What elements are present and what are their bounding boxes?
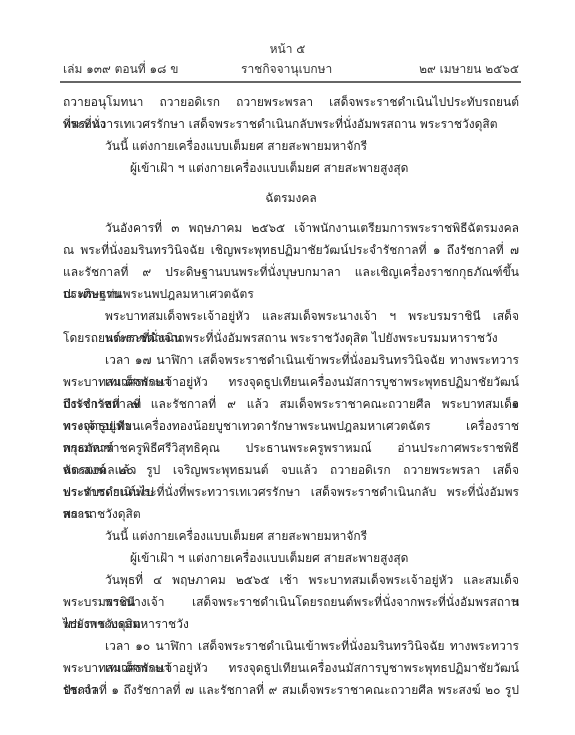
body-line: ทรงจุดธูปเทียนเครื่องทองน้อยบูชาเทวดารัก… [63,415,519,437]
body-line: พระบาทสมเด็จพระเจ้าอยู่หัว ทรงจุดธูปเทีย… [63,657,519,679]
body-line: โดยรถยนต์พระที่นั่งจากพระที่นั่งอัมพรสถา… [63,327,519,349]
publication-date: ๒๙ เมษายน ๒๕๖๕ [419,60,519,79]
attendee-dress-line: ผู้เข้าเฝ้า ฯ แต่งกายเครื่องแบบเต็มยศ สา… [63,547,519,569]
body-line: พระบาทสมเด็จพระเจ้าอยู่หัว และสมเด็จพระน… [63,305,519,327]
body-line: ถวายอนุโมทนา ถวายอดิเรก ถวายพระพรลา เสด็… [63,91,519,113]
section-heading: ฉัตรมงคล [63,187,519,209]
dress-code-line: วันนี้ แต่งกายเครื่องแบบเต็มยศ สายสะพายม… [63,135,519,157]
body-line: ณ พระแท่นพระนพปฎลมหาเศวตฉัตร [63,283,519,305]
body-line: ไปยังพระบรมมหาราชวัง [63,613,519,635]
body-line: ประทับรถยนต์พระที่นั่งที่พระทวารเทเวศรรั… [63,481,519,503]
gazette-page: หน้า ๕ เล่ม ๑๓๙ ตอนที่ ๑๘ ข ราชกิจจานุเบ… [0,0,575,735]
body-line: พระบาทสมเด็จพระเจ้าอยู่หัว ทรงจุดธูปเทีย… [63,371,519,393]
body-line: วันพุธที่ ๔ พฤษภาคม ๒๕๖๕ เช้า พระบาทสมเด… [63,569,519,591]
body-line: วันอังคารที่ ๓ พฤษภาคม ๒๕๖๕ เจ้าพนักงานเ… [63,217,519,239]
body-line: ณ พระที่นั่งอมรินทรวินิจฉัย เชิญพระพุทธป… [63,239,519,261]
publication-title: ราชกิจจานุเบกษา [241,60,332,79]
body-line: ถึงรัชกาลที่ ๗ และรัชกาลที่ ๙ แล้ว สมเด็… [63,393,519,415]
body-line: รัชกาลที่ ๑ ถึงรัชกาลที่ ๗ และรัชกาลที่ … [63,679,519,701]
body-line: พระมหาราชครูพิธีศรีวิสุทธิคุณ ประธานพระค… [63,437,519,459]
body-line: ที่พระทวารเทเวศรรักษา เสด็จพระราชดำเนินก… [63,113,519,135]
body-line: เวลา ๑๐ นาฬิกา เสด็จพระราชดำเนินเข้าพระท… [63,635,519,657]
header-rule [60,81,521,83]
body-line: เวลา ๑๗ นาฬิกา เสด็จพระราชดำเนินเข้าพระท… [63,349,519,371]
volume-issue: เล่ม ๑๓๙ ตอนที่ ๑๘ ข [63,60,178,79]
running-header: เล่ม ๑๓๙ ตอนที่ ๑๘ ข ราชกิจจานุเบกษา ๒๙ … [63,60,519,78]
dress-code-line: วันนี้ แต่งกายเครื่องแบบเต็มยศ สายสะพายม… [63,525,519,547]
attendee-dress-line: ผู้เข้าเฝ้า ฯ แต่งกายเครื่องแบบเต็มยศ สา… [63,157,519,179]
body-line: และรัชกาลที่ ๙ ประดิษฐานบนพระที่นั่งบุษบ… [63,261,519,283]
page-number: หน้า ๕ [0,40,575,59]
body-line: พระบรมราชินี เสด็จพระราชดำเนินโดยรถยนต์พ… [63,591,519,613]
body-line: พระราชวังดุสิต [63,503,519,525]
body-line: พระสงฆ์ ๒๐ รูป เจริญพระพุทธมนต์ จบแล้ว ถ… [63,459,519,481]
document-body: ถวายอนุโมทนา ถวายอดิเรก ถวายพระพรลา เสด็… [63,91,519,701]
